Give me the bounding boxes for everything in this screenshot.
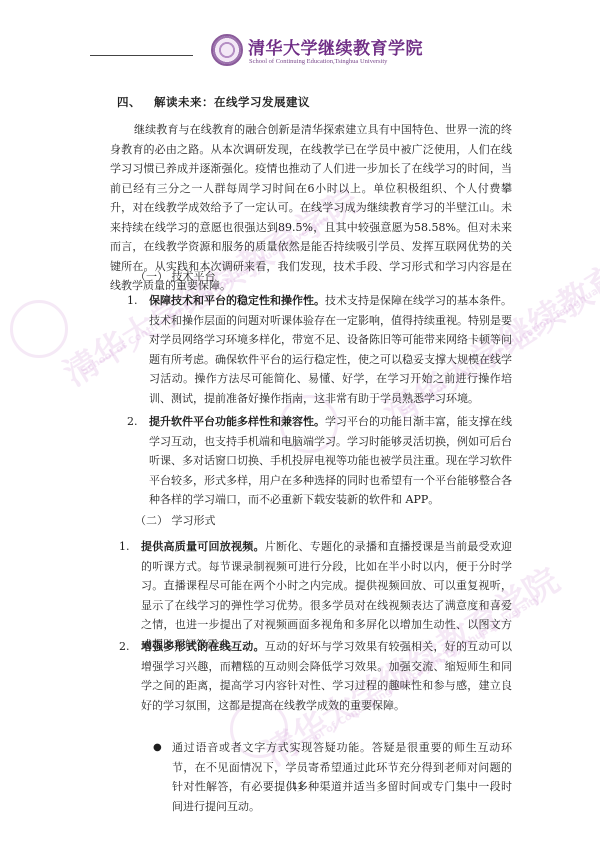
item-text: 片断化、专题化的录播和直播授课是当前最受欢迎的听课方式。每节课录制视频可进行分段… [141,540,512,651]
subsection-heading-format: （二） 学习形式 [135,512,216,528]
page-header: 清华大学继续教育学院 School of Continuing Educatio… [0,28,600,78]
bullet-text: 通过语音或者文字方式实现答疑功能。答疑是很重要的师生互动环节，在不见面情况下，学… [172,741,512,813]
list-marker: 1. [119,537,130,557]
list-item: 2. 提升软件平台功能多样性和兼容性。学习平台的功能日渐丰富，能支撑在线学习互动… [149,412,512,510]
section-heading: 四、解读未来：在线学习发展建议 [117,94,310,110]
subsection-heading-tech: （一） 技术平台 [135,268,216,284]
header-rule [90,55,193,56]
item-text: 技术支持是保障在线学习的基本条件。技术和操作层面的问题对听课体验存在一定影响，值… [149,294,512,405]
page-number: 11 [292,782,303,792]
institution-name-en: School of Continuing Education,Tsinghua … [249,58,387,65]
tsinghua-seal-icon [211,34,243,66]
watermark-seal-left [10,300,68,358]
item-lead: 提供高质量可回放视频。 [141,540,265,553]
bullet-dot-icon: ● [153,738,162,758]
institution-name: 清华大学继续教育学院 [248,34,423,59]
item-lead: 提升软件平台功能多样性和兼容性。 [149,415,325,428]
section-title: 解读未来：在线学习发展建议 [154,95,310,109]
bullet-item: ● 通过语音或者文字方式实现答疑功能。答疑是很重要的师生互动环节，在不见面情况下… [172,738,512,816]
list-item: 1. 保障技术和平台的稳定性和操作性。技术支持是保障在线学习的基本条件。技术和操… [149,291,512,408]
list-marker: 2. [119,637,130,657]
list-item: 2. 增强多形式的在线互动。互动的好坏与学习效果有较强相关，好的互动可以增强学习… [141,637,512,715]
item-lead: 增强多形式的在线互动。 [141,640,265,653]
item-text: 学习平台的功能日渐丰富，能支撑在线学习互动，也支持手机端和电脑端学习。学习时能够… [149,415,512,506]
list-marker: 1. [127,291,138,311]
list-marker: 2. [127,412,138,432]
section-number: 四、 [117,94,154,110]
item-lead: 保障技术和平台的稳定性和操作性。 [149,294,325,307]
